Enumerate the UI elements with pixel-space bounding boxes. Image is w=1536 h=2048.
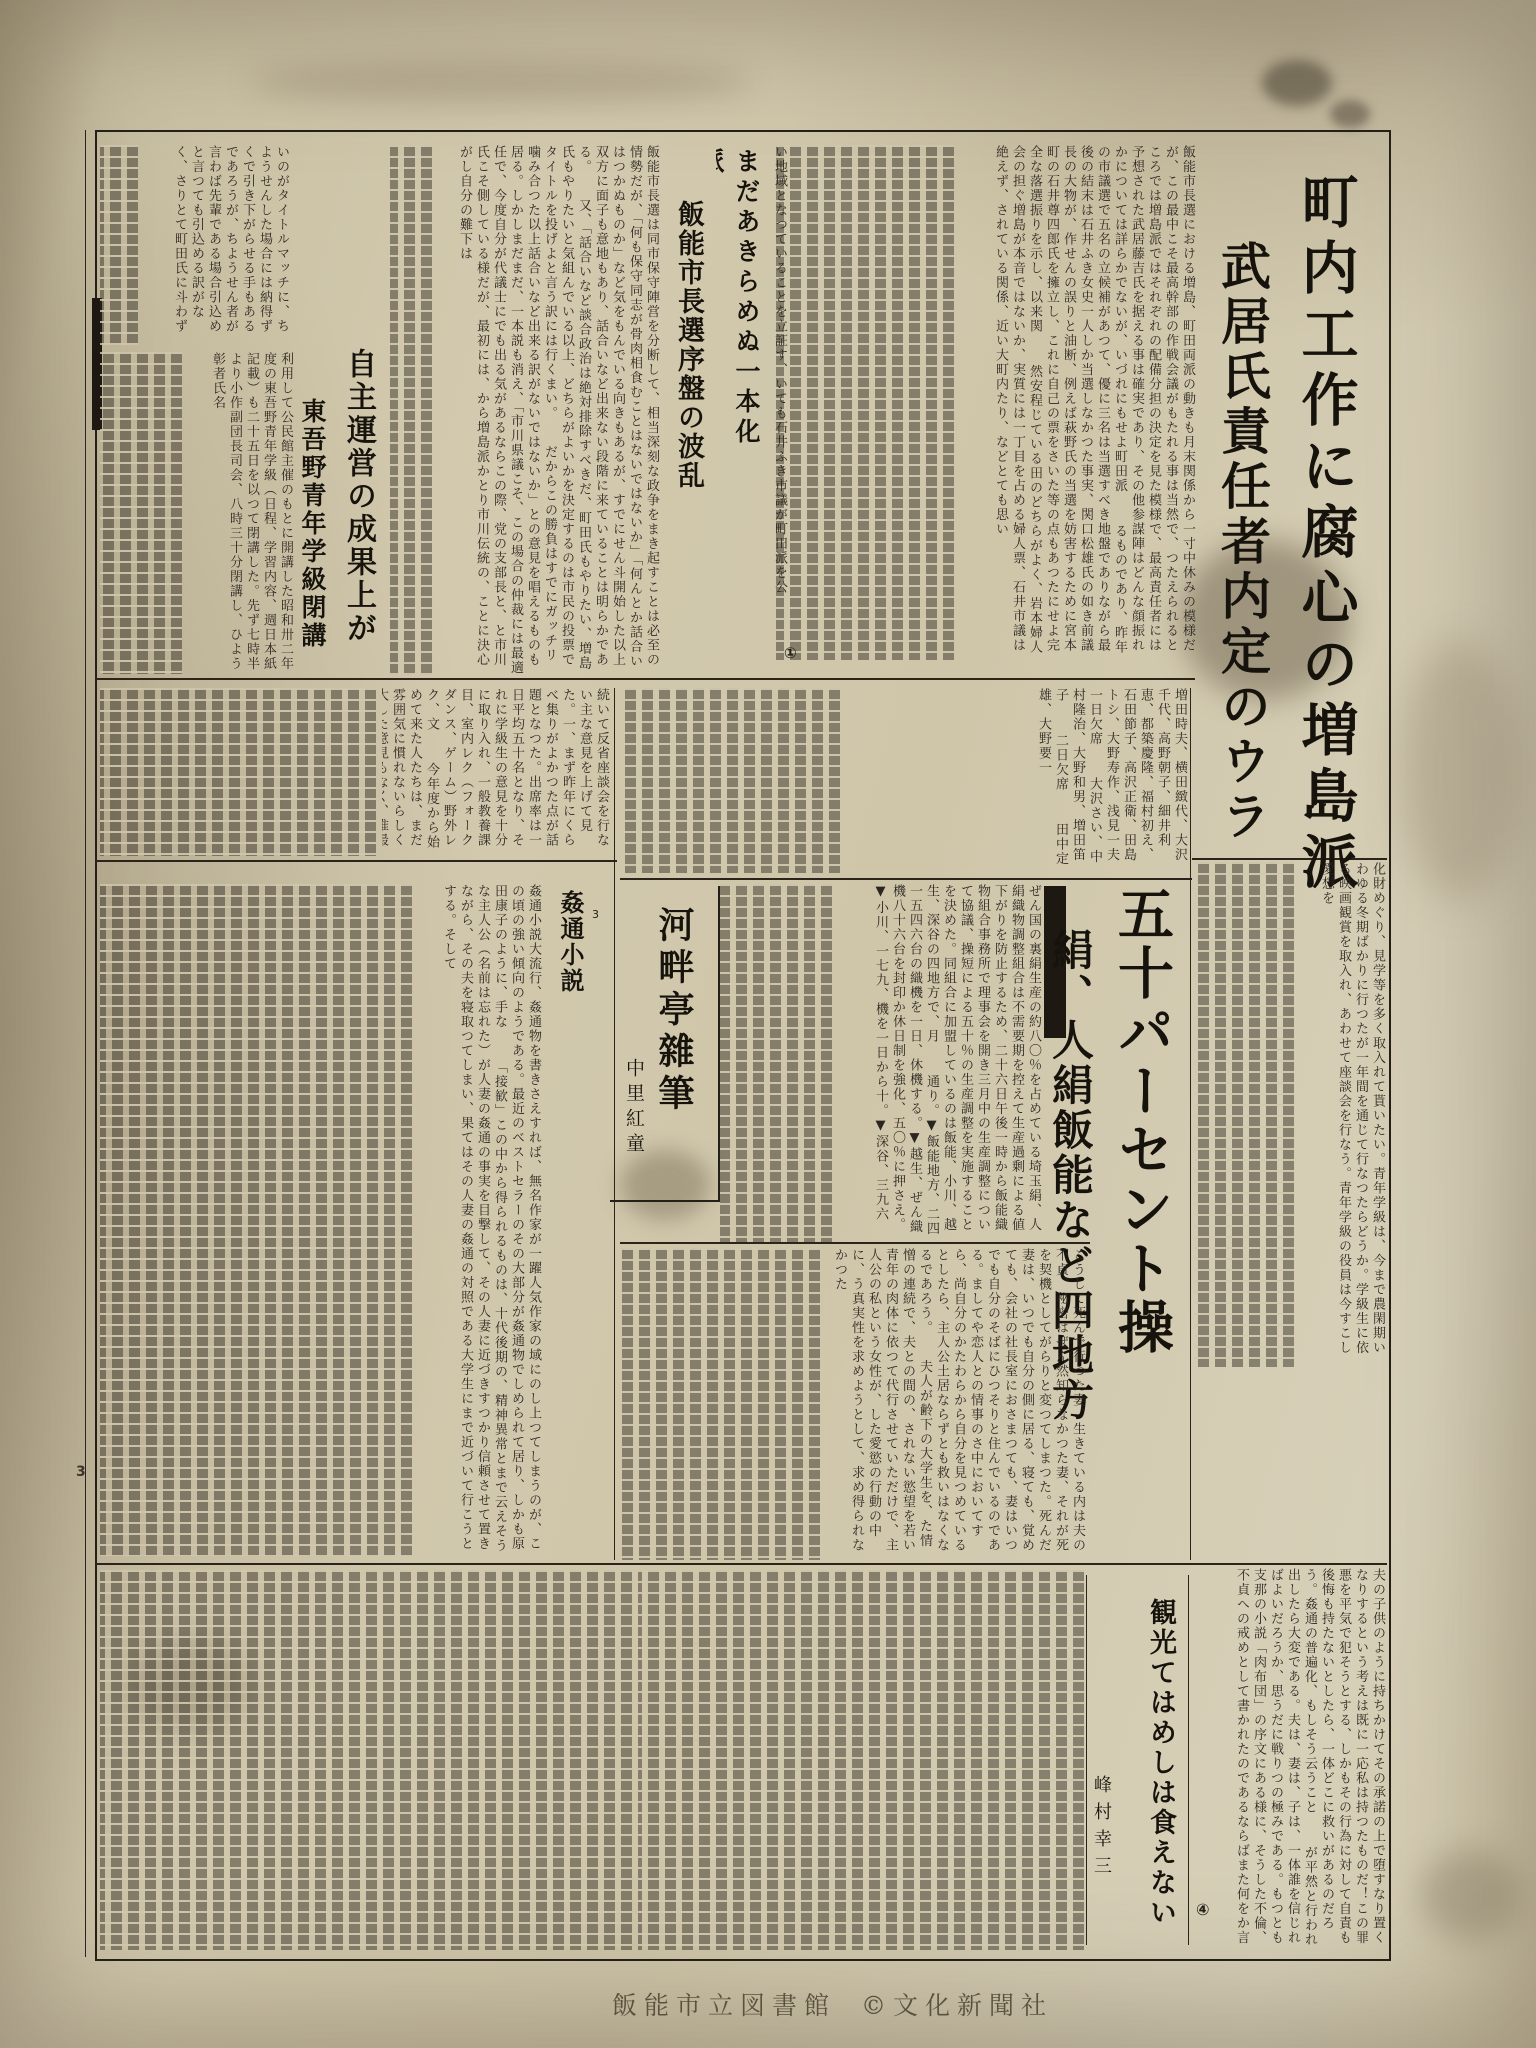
kanko-byline: 峰村幸三 xyxy=(1088,1775,1114,1910)
essay-title-block: 河畔亭雜筆 中里紅童 xyxy=(610,886,720,1202)
newspaper-scan-page: { "footer": { "library": "飯能市立図書館", "cop… xyxy=(0,0,1536,2048)
ipponka-edge: い地域となつていることを立証す、いても石井ふき市議が町田派を公 xyxy=(772,145,787,595)
soutan-body: ぜん国の裏絹生産の約八〇％を占めている埼玉絹、人絹織物調整組合は不需要期を控えて… xyxy=(838,884,1042,1244)
stain xyxy=(1400,640,1520,900)
seinen-lead-block: 利用して公民館主催のもとに開講した昭和卅二年度の東吾野青年学級（日程、学習内容、… xyxy=(186,352,294,674)
kanko-rule-left xyxy=(1086,1575,1087,1945)
essay-body-mid: こうして死んで行つた妻、生きている内は夫の不貞、秘密はぜん然知らなかつた妻、それ… xyxy=(826,1248,1086,1560)
stain xyxy=(1420,1850,1520,1940)
essay-title: 河畔亭雜筆 xyxy=(658,906,700,1136)
stain xyxy=(1330,100,1370,128)
headline-soutan: 五十パーセント操短 xyxy=(1100,885,1182,1370)
essay-body-upper: 姦通小説大流行、姦通物を書きさえすれば、無名作家が一躍人気作家の域にのし上つてし… xyxy=(420,884,542,1556)
left-margin-bracket xyxy=(92,298,102,430)
ipponka-body: 飯能市長選は同市保守陣営を分断して、相当深刻な政争をまき起すことは必至の情勢だが… xyxy=(436,145,660,675)
essay-section-head: 姦通小説 xyxy=(542,890,588,1002)
seinen-right-columns: 化財めぐり、見学等を多く取入れて貰いたい。青年学級は、今まで農閑期いわゆる冬期ば… xyxy=(1300,862,1386,1367)
page-frame-outer-line xyxy=(85,130,86,1957)
headline-seinen: 自主運営の成果上がる xyxy=(330,348,380,658)
archive-caption: 飯能市立図書館 ©文化新聞社 xyxy=(612,1986,1053,2022)
kanko-rule-right xyxy=(1188,1575,1189,1945)
ipponka-tail: いのがタイトルマッチに、ちようせんした場合には納得ずくで引き下がらせる手もあるで… xyxy=(172,145,289,334)
headline-ipponka: まだあきらめぬ一本化派 xyxy=(716,148,764,458)
soutan-lead: ぜん国の裏絹生産の約八〇％を占めている埼玉絹、人絹織物調整組合は不需要期を控えて… xyxy=(924,884,1041,1232)
headline-kanko: 観光てはめしは食えない xyxy=(1112,1598,1180,1943)
seinen-right-cols: 化財めぐり、見学等を多く取入れて貰いたい。青年学級は、今まで農閑期いわゆる冬期ば… xyxy=(1319,862,1385,1355)
subhead-ipponka: 飯能市長選序盤の波乱 xyxy=(662,200,708,500)
seinen-reflections-block: 続いて反省座談会を行ない主な意見を上げて見た。一、まず昨年にくらべ集りがよかつた… xyxy=(382,688,610,856)
band-rule-2 xyxy=(620,878,1192,880)
seinen-reflections: 続いて反省座談会を行ない主な意見を上げて見た。一、まず昨年にくらべ集りがよかつた… xyxy=(424,688,609,848)
machinai-body: 飯能市長選における増島、町田両派の動きも月末関係から一寸中休みの模様だが、この最… xyxy=(958,145,1196,660)
essay-page-number: 3 xyxy=(592,908,599,921)
subhead-seinen: 東吾野青年学級閉講 xyxy=(296,398,330,660)
band-rule-1 xyxy=(95,678,1195,680)
essay-body-end: 夫の子供のように持ちかけてその承諾の上で堕すなり置くなりするという考えは既に一応… xyxy=(1234,1568,1386,1953)
seinen-honorees: 増田時夫、横田緻代、大沢千代、高野朝子、細井利恵、都築慶隆、福村初え、石田節子、… xyxy=(1104,688,1187,873)
ipponka-tail-corner: いのがタイトルマッチに、ちようせんした場合には納得ずくで引き下がらせる手もあるで… xyxy=(142,145,290,345)
copyright-text: ©文化新聞社 xyxy=(861,1991,1053,2020)
essay-byline: 中里紅童 xyxy=(624,1058,648,1178)
band-rule-4 xyxy=(95,1563,1387,1565)
library-name: 飯能市立図書館 xyxy=(612,1991,836,2020)
seinen-absent2-label: 二日欠席 xyxy=(1053,734,1068,807)
stain xyxy=(250,60,750,104)
band-rule-2-left xyxy=(95,860,617,862)
column-rule-b xyxy=(1190,688,1191,1560)
seinen-honorees-block: 増田時夫、横田緻代、大沢千代、高野朝子、細井利恵、都築慶隆、福村初え、石田節子、… xyxy=(848,688,1188,873)
essay-p3: こうして死んで行つた妻、生きている内は夫の不貞、秘密はぜん然知らなかつた妻、それ… xyxy=(917,1248,1085,1553)
essay-end-mark: ④ xyxy=(1196,1900,1210,1919)
seinen-absent1-label: 一日欠席 xyxy=(1087,688,1102,761)
headline-machinai-top: 町内工作に腐心の増島派 xyxy=(1284,172,1366,912)
margin-page-number: 3 xyxy=(76,1464,86,1480)
ipponka-edge-column: い地域となつていることを立証す、いても石井ふき市議が町田派を公 xyxy=(768,145,788,660)
headline-machinai-bottom: 武居氏責任者内定のウラ xyxy=(1198,240,1278,865)
seinen-lead: 利用して公民館主催のもとに開講した昭和卅二年度の東吾野青年学級（日程、学習内容、… xyxy=(210,352,293,671)
stain xyxy=(1262,60,1332,106)
